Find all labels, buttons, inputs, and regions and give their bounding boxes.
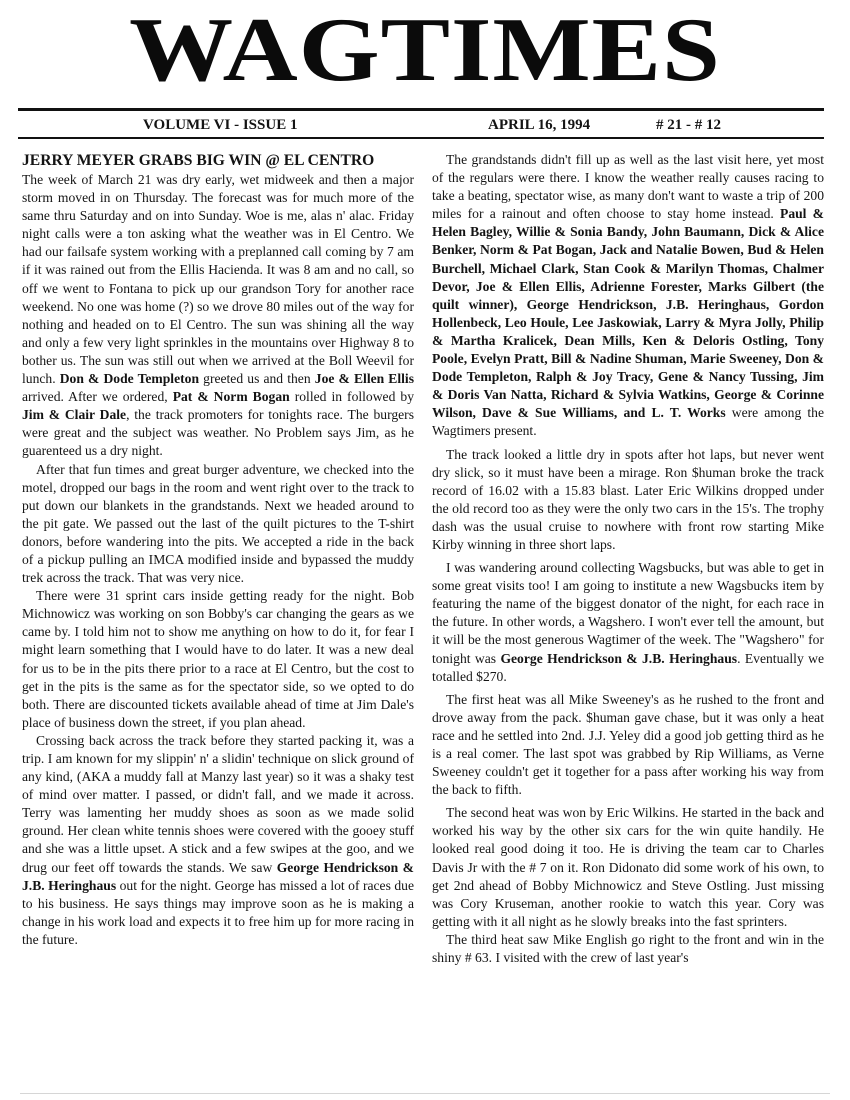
attendee-list: Paul & Helen Bagley, Willie & Sonia Band… [432, 206, 824, 420]
page-bottom-edge [20, 1093, 830, 1094]
bold-name: Jim & Clair Dale [22, 407, 126, 422]
paragraph: There were 31 sprint cars inside getting… [22, 587, 414, 732]
text: greeted us and then [199, 371, 315, 386]
issue-info-bar: VOLUME VI - ISSUE 1 APRIL 16, 1994 # 21 … [0, 115, 850, 135]
bold-name: George Hendrickson & J.B. Heringhaus [500, 651, 737, 666]
bold-name: Joe & Ellen Ellis [315, 371, 414, 386]
paragraph: The first heat was all Mike Sweeney's as… [432, 691, 824, 800]
bold-name: Don & Dode Templeton [60, 371, 199, 386]
issue-date: APRIL 16, 1994 [488, 117, 590, 134]
masthead-bottom-rule [18, 137, 824, 139]
text: Crossing back across the track before th… [22, 733, 414, 875]
text: The week of March 21 was dry early, wet … [22, 172, 414, 386]
bold-name: Pat & Norm Bogan [173, 389, 290, 404]
masthead-top-rule [18, 108, 824, 111]
newsletter-masthead-title: WAGTIMES [0, 6, 850, 94]
paragraph: The third heat saw Mike English go right… [432, 931, 824, 967]
paragraph: The week of March 21 was dry early, wet … [22, 171, 414, 461]
article-left-column: JERRY MEYER GRABS BIG WIN @ EL CENTRO Th… [22, 151, 414, 949]
volume-issue: VOLUME VI - ISSUE 1 [143, 117, 297, 134]
text: arrived. After we ordered, [22, 389, 173, 404]
paragraph: I was wandering around collecting Wagsbu… [432, 559, 824, 686]
text: The grandstands didn't fill up as well a… [432, 152, 824, 221]
article-headline: JERRY MEYER GRABS BIG WIN @ EL CENTRO [22, 151, 414, 170]
paragraph: The grandstands didn't fill up as well a… [432, 151, 824, 441]
issue-numbers: # 21 - # 12 [656, 117, 721, 134]
article-right-column: The grandstands didn't fill up as well a… [432, 151, 824, 967]
paragraph: The second heat was won by Eric Wilkins.… [432, 804, 824, 931]
paragraph: After that fun times and great burger ad… [22, 461, 414, 588]
text: rolled in followed by [290, 389, 414, 404]
paragraph: Crossing back across the track before th… [22, 732, 414, 949]
paragraph: The track looked a little dry in spots a… [432, 446, 824, 555]
